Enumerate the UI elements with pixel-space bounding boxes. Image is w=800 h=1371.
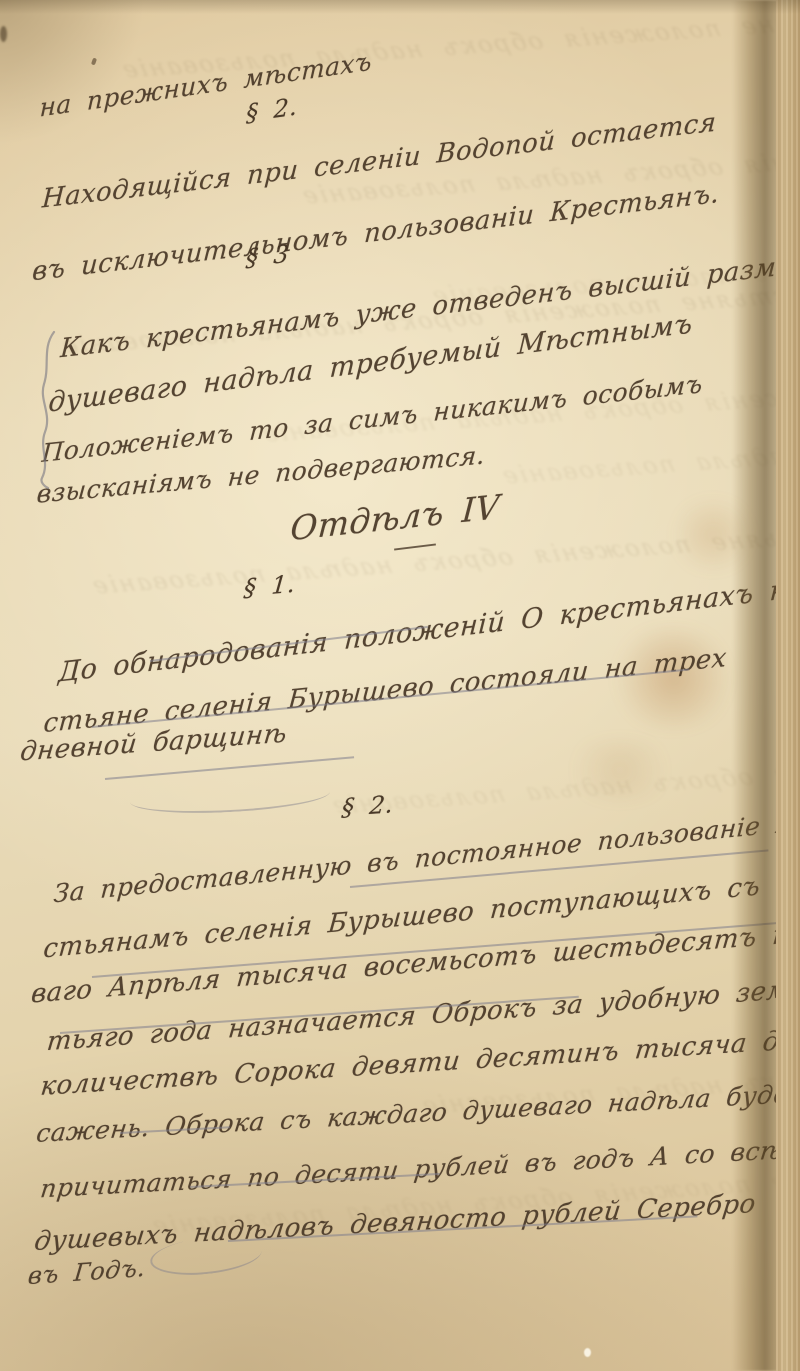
stray-ink-mark: [91, 58, 97, 66]
corner-ink-speck: [0, 26, 7, 42]
book-page-edge: [776, 0, 800, 1371]
margin-brace-mark: [36, 330, 62, 494]
pencil-underline-flourish: [129, 777, 330, 817]
manuscript-page-photo: селенія крестьяне положенія оброкъ надѣл…: [0, 0, 800, 1371]
section-heading-otdel-iv: Отдѣлъ IV: [289, 487, 501, 548]
page-fold-shadow: [732, 0, 778, 1371]
pencil-underline: [105, 756, 354, 780]
paragraph-mark: § 3: [245, 240, 290, 273]
rust-stain: [560, 740, 680, 800]
paragraph-mark: § 1.: [243, 570, 297, 603]
paragraph-mark: § 2.: [246, 92, 298, 128]
photo-edge-shade: [0, 0, 800, 14]
paper-fleck: [584, 1348, 591, 1357]
paragraph-mark: § 2.: [341, 790, 395, 822]
manuscript-line: въ Годъ.: [27, 1254, 147, 1290]
